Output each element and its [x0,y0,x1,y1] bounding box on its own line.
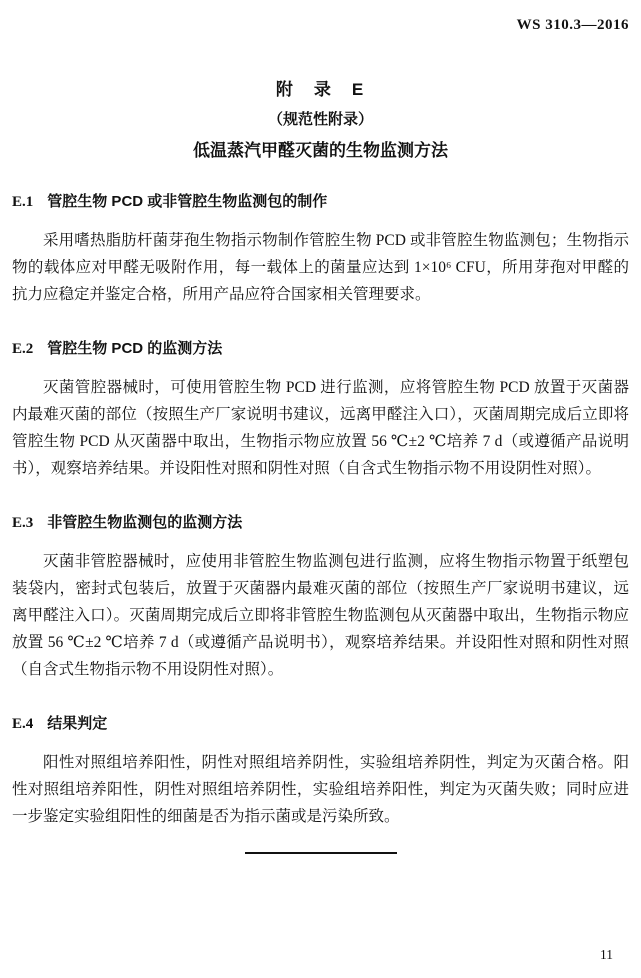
section-title: 管腔生物 PCD 的监测方法 [47,337,222,358]
section-e4: E.4 结果判定 阳性对照组培养阳性，阴性对照组培养阴性，实验组培养阴性，判定为… [12,712,629,830]
section-heading: E.3 非管腔生物监测包的监测方法 [12,511,629,532]
section-paragraph: 阳性对照组培养阳性，阴性对照组培养阴性，实验组培养阴性，判定为灭菌合格。阳性对照… [12,749,629,830]
section-number: E.1 [12,194,33,211]
section-paragraph: 灭菌非管腔器械时，应使用非管腔生物监测包进行监测，应将生物指示物置于纸塑包装袋内… [12,548,629,683]
section-heading: E.1 管腔生物 PCD 或非管腔生物监测包的制作 [12,190,629,211]
section-e1: E.1 管腔生物 PCD 或非管腔生物监测包的制作 采用嗜热脂肪杆菌芽孢生物指示… [12,190,629,308]
page-number: 11 [600,947,613,963]
section-e3: E.3 非管腔生物监测包的监测方法 灭菌非管腔器械时，应使用非管腔生物监测包进行… [12,511,629,683]
document-content: E.1 管腔生物 PCD 或非管腔生物监测包的制作 采用嗜热脂肪杆菌芽孢生物指示… [0,190,641,830]
appendix-title: 附 录 E [0,75,641,100]
appendix-title-block: 附 录 E （规范性附录） 低温蒸汽甲醛灭菌的生物监测方法 [0,75,641,161]
appendix-subtitle-normative: （规范性附录） [0,108,641,129]
document-page: WS 310.3—2016 附 录 E （规范性附录） 低温蒸汽甲醛灭菌的生物监… [0,0,641,978]
section-title: 管腔生物 PCD 或非管腔生物监测包的制作 [47,190,327,211]
section-number: E.3 [12,515,33,532]
section-e2: E.2 管腔生物 PCD 的监测方法 灭菌管腔器械时，可使用管腔生物 PCD 进… [12,337,629,482]
section-heading: E.2 管腔生物 PCD 的监测方法 [12,337,629,358]
standard-code-header: WS 310.3—2016 [0,0,641,34]
section-heading: E.4 结果判定 [12,712,629,733]
section-paragraph: 灭菌管腔器械时，可使用管腔生物 PCD 进行监测，应将管腔生物 PCD 放置于灭… [12,374,629,482]
section-number: E.2 [12,341,33,358]
end-of-text-divider [245,852,397,854]
section-paragraph: 采用嗜热脂肪杆菌芽孢生物指示物制作管腔生物 PCD 或非管腔生物监测包；生物指示… [12,227,629,308]
section-title: 非管腔生物监测包的监测方法 [47,511,242,532]
section-number: E.4 [12,716,33,733]
appendix-subject-title: 低温蒸汽甲醛灭菌的生物监测方法 [0,136,641,161]
section-title: 结果判定 [47,712,107,733]
